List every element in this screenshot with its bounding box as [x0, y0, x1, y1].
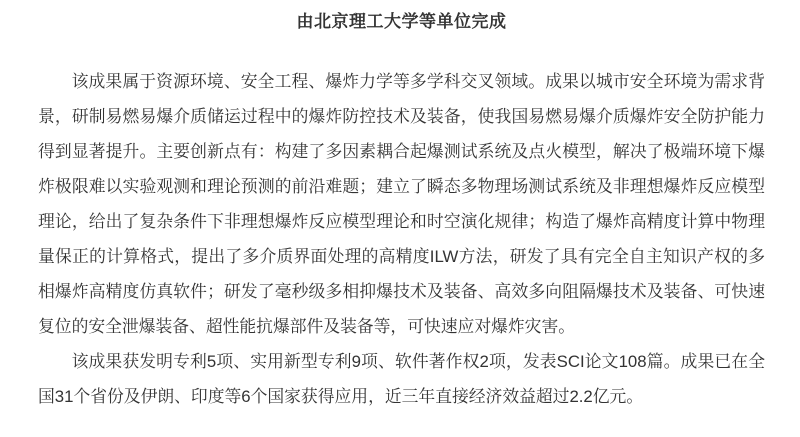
article-body: 该成果属于资源环境、安全工程、爆炸力学等多学科交叉领域。成果以城市安全环境为需求… [38, 64, 765, 414]
article-page: 由北京理工大学等单位完成 该成果属于资源环境、安全工程、爆炸力学等多学科交叉领域… [0, 0, 800, 437]
paragraph-achievement-results: 该成果获发明专利5项、实用新型专利9项、软件著作权2项，发表SCI论文108篇。… [38, 344, 765, 414]
page-title: 由北京理工大学等单位完成 [38, 10, 765, 34]
paragraph-achievement-overview: 该成果属于资源环境、安全工程、爆炸力学等多学科交叉领域。成果以城市安全环境为需求… [38, 64, 765, 344]
